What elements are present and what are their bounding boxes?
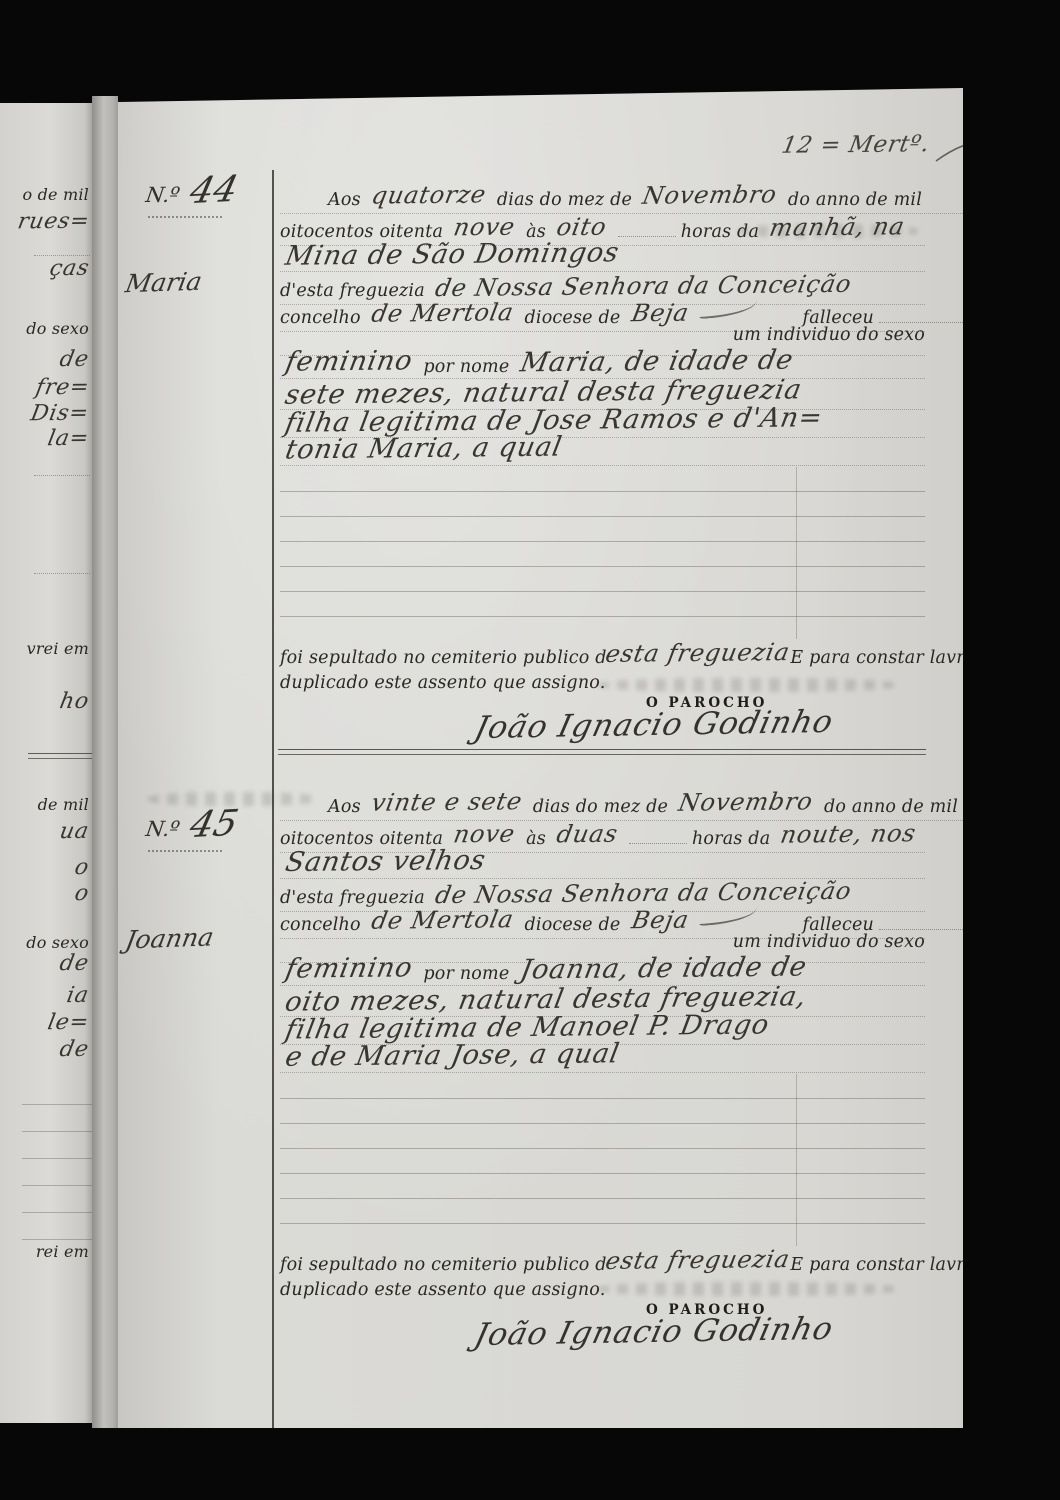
handwritten-fragment: ho: [58, 689, 92, 714]
handwritten-fragment: o: [73, 881, 92, 906]
printed-text: d'esta freguezia: [280, 281, 425, 301]
printed-text: d'esta freguezia: [280, 888, 425, 908]
printed-text: Aos: [328, 190, 361, 210]
blank-dotted-line: [879, 913, 999, 930]
record-line-date: Aos vinte e sete dias do mez de Novembro…: [280, 790, 973, 821]
number-prefix: N.º: [144, 817, 181, 841]
ink-bleedthrough: [148, 792, 318, 806]
printed-text: do anno de mil: [788, 190, 922, 210]
fragment-text: de: [60, 349, 89, 374]
handwritten-sex: feminino: [283, 952, 415, 984]
handwritten-time-of-day: noute, nos: [779, 819, 919, 848]
fragment-text: ças: [50, 258, 89, 283]
handwritten-day: quatorze: [369, 180, 488, 209]
fragment-text: ua: [60, 821, 89, 846]
entry-number-45: N.º 45: [146, 804, 237, 845]
page-annotation: 12 = Mertº.: [776, 134, 1020, 165]
handwritten-name-age: Joanna, de idade de: [517, 952, 809, 986]
page-annotation-text: 12 = Mertº.: [779, 131, 932, 159]
number-value: 44: [186, 169, 242, 212]
printed-fragment: do sexo: [26, 933, 89, 952]
ink-bleedthrough: [598, 1282, 898, 1296]
printed-fragment: o de mil: [22, 185, 89, 204]
printed-text: duplicado este assento que assigno.: [280, 673, 606, 693]
handwritten-fragment: de: [58, 1037, 91, 1062]
handwritten-burial-place: esta freguezia: [603, 638, 792, 668]
blank-dotted-line: [629, 827, 687, 844]
margin-name-maria: Maria: [123, 267, 204, 299]
printed-text: um individuo do sexo: [733, 325, 925, 345]
fragment-text: ia: [67, 985, 89, 1010]
blank-ruled-lines: [280, 467, 925, 639]
handwritten-parents-cont: tonia Maria, a qual: [283, 432, 565, 466]
handwritten-month: Novembro: [640, 180, 779, 209]
handwritten-diocese: Beja: [629, 299, 691, 328]
handwritten-county: de Mertola: [369, 298, 516, 327]
printed-text: às: [526, 829, 546, 849]
margin-rule: [272, 170, 274, 1456]
handwritten-fragment: ua: [58, 819, 92, 844]
handwritten-place: Santos velhos: [283, 845, 488, 878]
printed-text: horas da: [692, 829, 770, 849]
blank-dotted-line: [618, 220, 676, 237]
handwritten-fragment: ia: [65, 983, 91, 1008]
record-line-name: feminino por nome Maria, de idade de: [280, 348, 925, 379]
pen-flourish: [699, 299, 758, 319]
number-prefix: N.º: [144, 183, 181, 207]
handwritten-sex: feminino: [283, 345, 415, 377]
fragment-text: ho: [60, 691, 89, 716]
fragment-text: de: [60, 953, 89, 978]
handwritten-parish: de Nossa Senhora da Conceição: [433, 270, 854, 302]
right-margin-rule: [796, 467, 797, 639]
fragment-text: Dis=: [31, 403, 89, 428]
handwritten-fragment: la=: [46, 426, 92, 451]
printed-fragment: de mil: [38, 795, 89, 814]
printed-text: por nome: [423, 357, 509, 377]
fragment-text: rues=: [18, 211, 89, 236]
handwritten-month: Novembro: [676, 787, 815, 816]
pen-flourish: [699, 906, 758, 926]
record-line-date: Aos quatorze dias do mez de Novembro do …: [280, 183, 973, 214]
handwritten-year: nove: [452, 213, 518, 242]
handwritten-county: de Mertola: [369, 905, 516, 934]
fragment-text: de mil: [38, 795, 89, 814]
blank-ruled-lines: [22, 1078, 92, 1244]
fragment-text: o de mil: [22, 185, 89, 204]
printed-text: foi sepultado no cemiterio publico d: [280, 1255, 607, 1275]
number-value: 45: [186, 803, 242, 846]
record-line-place: Mina de São Domingos: [280, 241, 925, 272]
dotted-rule-stub: [34, 475, 90, 476]
printed-fragment: do sexo: [26, 319, 89, 338]
right-margin-rule: [796, 1074, 797, 1246]
handwritten-fragment: rues=: [15, 209, 91, 235]
handwritten-fragment: fre=: [33, 375, 91, 401]
printed-fragment: vrei em: [27, 639, 89, 658]
handwritten-place: Mina de São Domingos: [283, 237, 622, 271]
handwritten-fragment: le=: [46, 1010, 92, 1035]
handwritten-diocese: Beja: [629, 906, 691, 935]
previous-page-edge: o de mil rues= ças do sexo de fre= Dis= …: [0, 103, 92, 1423]
priest-signature: João Ignacio Godinho: [471, 704, 837, 746]
record-line-parents-cont: e de Maria Jose, a qual: [280, 1042, 925, 1073]
ink-bleedthrough: [738, 224, 918, 238]
register-page: 12 = Mertº. N.º 44 Maria N.º 45 Joanna A…: [118, 88, 963, 1428]
printed-text: foi sepultado no cemiterio publico d: [280, 648, 607, 668]
fragment-text: do sexo: [26, 319, 89, 338]
burial-line: foi sepultado no cemiterio publico d est…: [280, 1248, 925, 1278]
number-underline: [148, 850, 222, 852]
burial-line: foi sepultado no cemiterio publico d est…: [280, 641, 925, 671]
printed-text: por nome: [423, 964, 509, 984]
handwritten-name-age: Maria, de idade de: [517, 345, 795, 379]
printed-fragment: rei em: [36, 1242, 89, 1261]
handwritten-parish: de Nossa Senhora da Conceição: [433, 877, 854, 909]
fragment-text: le=: [48, 1012, 89, 1037]
printed-text: Aos: [328, 797, 361, 817]
handwritten-fragment: o: [73, 855, 92, 880]
pen-flourish-icon: [932, 135, 1020, 165]
entry-number-44: N.º 44: [146, 170, 237, 211]
fragment-text: do sexo: [26, 933, 89, 952]
printed-text: do anno de mil: [824, 797, 958, 817]
priest-signature: João Ignacio Godinho: [471, 1311, 837, 1353]
dotted-rule-stub: [34, 573, 90, 574]
fragment-text: vrei em: [27, 639, 89, 658]
book-gutter: [92, 96, 118, 1428]
fragment-text: fre=: [36, 377, 89, 402]
record-line-place: Santos velhos: [280, 848, 925, 879]
entry-divider-rule: [278, 749, 926, 755]
handwritten-day: vinte e sete: [369, 787, 524, 817]
fragment-text: la=: [48, 428, 89, 453]
blank-ruled-lines: [280, 1074, 925, 1246]
printed-text: E para constar lavrei em: [790, 648, 1014, 668]
handwritten-hour: duas: [554, 820, 620, 849]
entry-divider-fragment: [28, 753, 92, 759]
margin-name-joanna: Joanna: [123, 922, 216, 954]
fragment-text: de: [60, 1039, 89, 1064]
number-underline: [148, 216, 222, 218]
record-line-parents-cont: tonia Maria, a qual: [280, 435, 925, 466]
fragment-text: o: [75, 857, 89, 882]
handwritten-fragment: ças: [48, 256, 92, 281]
ink-bleedthrough: [598, 678, 898, 692]
printed-text: E para constar lavrei em: [790, 1255, 1014, 1275]
fragment-text: o: [75, 883, 89, 908]
handwritten-fragment: de: [58, 347, 91, 372]
record-line-name: feminino por nome Joanna, de idade de: [280, 955, 925, 986]
handwritten-fragment: Dis=: [29, 401, 91, 427]
printed-text: duplicado este assento que assigno.: [280, 1280, 606, 1300]
blank-dotted-line: [879, 306, 999, 323]
handwritten-fragment: de: [58, 951, 91, 976]
handwritten-parents-cont: e de Maria Jose, a qual: [283, 1038, 622, 1072]
printed-text: dias do mez de: [533, 797, 668, 817]
fragment-text: rei em: [36, 1242, 89, 1261]
printed-text: dias do mez de: [497, 190, 632, 210]
printed-text: um individuo do sexo: [733, 932, 925, 952]
handwritten-burial-place: esta freguezia: [603, 1245, 792, 1275]
